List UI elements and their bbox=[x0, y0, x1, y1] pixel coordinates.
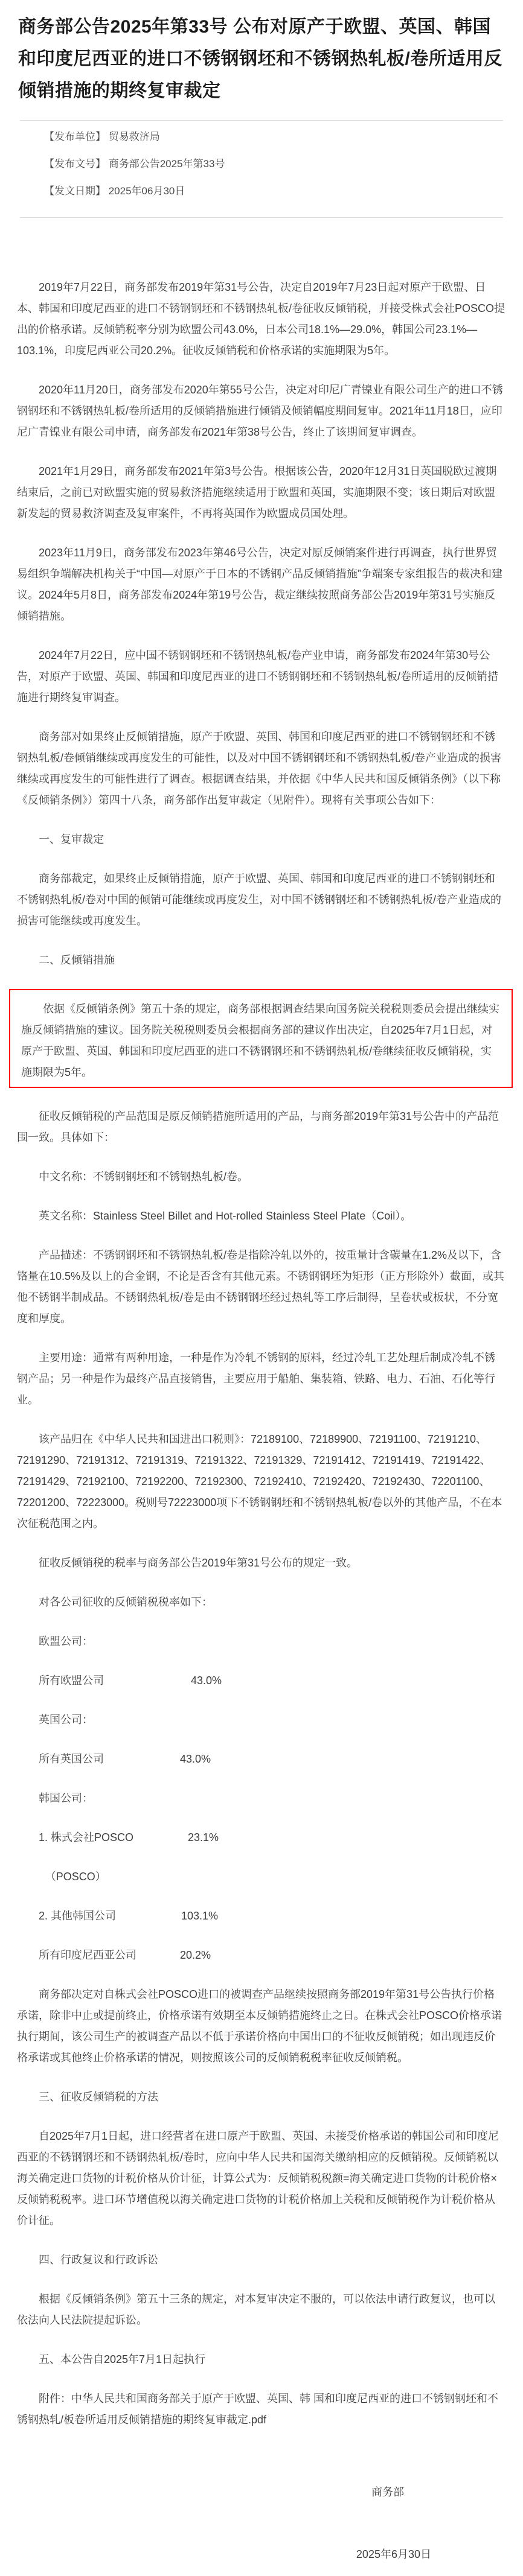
para-history-2020: 2020年11月20日，商务部发布2020年第55号公告，决定对印尼广青镍业有限… bbox=[17, 380, 505, 443]
rate-line-uk-header: 英国公司： bbox=[17, 1709, 505, 1731]
meta-issuing-unit: 【发布单位】 贸易救济局 bbox=[44, 129, 505, 144]
para-sunset-review-2024: 2024年7月22日，应中国不锈钢钢坯和不锈钢热轧板/卷产业申请，商务部发布20… bbox=[17, 645, 505, 708]
para-continued-measures: 依据《反倾销条例》第五十条的规定，商务部根据调查结果向国务院关税税则委员会提出继… bbox=[21, 999, 501, 1083]
para-investigation-basis: 商务部对如果终止反倾销措施，原产于欧盟、英国、韩国和印度尼西亚的进口不锈钢钢坯和… bbox=[17, 727, 505, 811]
article-body: 2019年7月22日，商务部发布2019年第31号公告，决定自2019年7月23… bbox=[0, 218, 523, 2431]
para-administrative-appeal: 根据《反倾销条例》第五十三条的规定，对本复审决定不服的，可以依法申请行政复议，也… bbox=[17, 2289, 505, 2331]
section-heading-4-administrative-appeal: 四、行政复议和行政诉讼 bbox=[17, 2250, 505, 2271]
rate-line-indonesia-all: 所有印度尼西亚公司 20.2% bbox=[17, 1945, 505, 1966]
para-history-2019: 2019年7月22日，商务部发布2019年第31号公告，决定自2019年7月23… bbox=[17, 277, 505, 361]
rate-line-korea-header: 韩国公司： bbox=[17, 1788, 505, 1809]
section-heading-1-review-ruling: 一、复审裁定 bbox=[17, 829, 505, 850]
para-review-ruling: 商务部裁定，如果终止反倾销措施，原产于欧盟、英国、韩国和印度尼西亚的进口不锈钢钢… bbox=[17, 868, 505, 932]
rate-line-korea-others: 2. 其他韩国公司 103.1% bbox=[17, 1906, 505, 1927]
para-brexit-2021: 2021年1月29日，商务部发布2021年第3号公告。根据该公告，2020年12… bbox=[17, 461, 505, 524]
page-title: 商务部公告2025年第33号 公布对原产于欧盟、英国、韩国和印度尼西亚的进口不锈… bbox=[0, 11, 523, 107]
para-product-description: 产品描述：不锈钢钢坯和不锈钢热轧板/卷是指除冷轧以外的，按重量计含碳量在1.2%… bbox=[17, 1245, 505, 1329]
meta-document-number: 【发布文号】 商务部公告2025年第33号 bbox=[44, 156, 505, 171]
announcement-page: 商务部公告2025年第33号 公布对原产于欧盟、英国、韩国和印度尼西亚的进口不锈… bbox=[0, 0, 523, 2569]
section-heading-5-effective-date: 五、本公告自2025年7月1日起执行 bbox=[17, 2349, 505, 2370]
para-retrial-2023: 2023年11月9日，商务部发布2023年第46号公告，决定对原反倾销案件进行再… bbox=[17, 542, 505, 627]
red-highlight-box: 依据《反倾销条例》第五十条的规定，商务部根据调查结果向国务院关税税则委员会提出继… bbox=[9, 989, 513, 1088]
meta-block: 【发布单位】 贸易救济局 【发布文号】 商务部公告2025年第33号 【发文日期… bbox=[0, 121, 523, 199]
para-rates-intro: 对各公司征收的反倾销税税率如下： bbox=[17, 1592, 505, 1613]
rate-line-posco: 1. 株式会社POSCO 23.1% bbox=[17, 1827, 505, 1848]
para-tariff-codes: 该产品归在《中华人民共和国进出口税则》：72189100、72189900、72… bbox=[17, 1429, 505, 1534]
meta-issue-date: 【发文日期】 2025年06月30日 bbox=[44, 183, 505, 199]
attachment-pdf-link[interactable]: 附件：中华人民共和国商务部关于原产于欧盟、英国、韩 国和印度尼西亚的进口不锈钢钢… bbox=[17, 2388, 505, 2431]
para-levy-method: 自2025年7月1日起，进口经营者在进口原产于欧盟、英国、未接受价格承诺的韩国公… bbox=[17, 2126, 505, 2231]
rate-line-eu-all: 所有欧盟公司 43.0% bbox=[17, 1670, 505, 1691]
rate-line-uk-all: 所有英国公司 43.0% bbox=[17, 1749, 505, 1770]
signature-date: 2025年6月30日 bbox=[0, 2544, 523, 2565]
rate-line-posco-alias: （POSCO） bbox=[17, 1866, 505, 1887]
para-product-usage: 主要用途：通常有两种用途，一种是作为冷轧不锈钢的原料，经过冷轧工艺处理后制成冷轧… bbox=[17, 1347, 505, 1411]
section-heading-3-levy-method: 三、征收反倾销税的方法 bbox=[17, 2087, 505, 2108]
signature-authority: 商务部 bbox=[0, 2482, 523, 2503]
para-product-cn-name: 中文名称：不锈钢钢坯和不锈钢热轧板/卷。 bbox=[17, 1166, 505, 1188]
rate-line-eu-header: 欧盟公司： bbox=[17, 1631, 505, 1652]
para-posco-price-undertaking: 商务部决定对自株式会社POSCO进口的被调查产品继续按照商务部2019年第31号… bbox=[17, 1984, 505, 2069]
para-product-en-name: 英文名称：Stainless Steel Billet and Hot-roll… bbox=[17, 1206, 505, 1227]
signature-block: 商务部 2025年6月30日 bbox=[0, 2482, 523, 2565]
para-rate-consistency: 征收反倾销税的税率与商务部公告2019年第31号公布的规定一致。 bbox=[17, 1553, 505, 1574]
section-heading-2-antidumping-measures: 二、反倾销措施 bbox=[17, 950, 505, 971]
page-bottom-padding bbox=[0, 2565, 523, 2569]
para-product-scope: 征收反倾销税的产品范围是原反倾销措施所适用的产品，与商务部2019年第31号公告… bbox=[17, 1106, 505, 1148]
